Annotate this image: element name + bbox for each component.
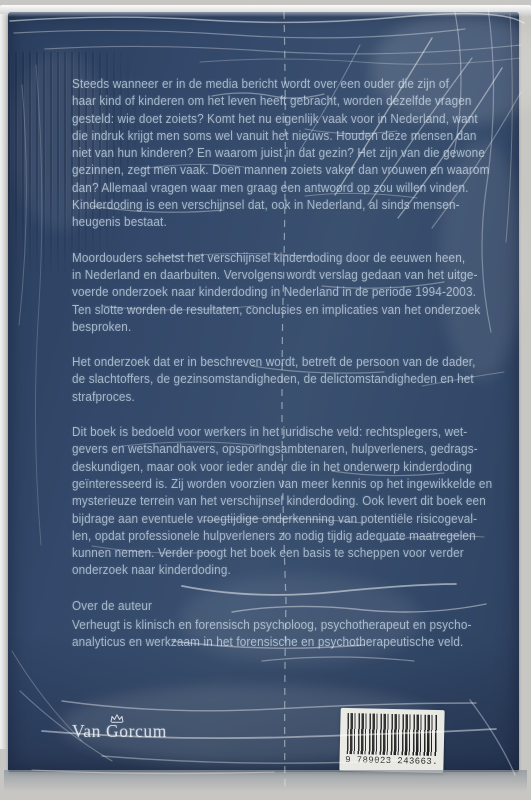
blurb-paragraph-2: Moordouders schetst het verschijnsel kin… (72, 250, 500, 336)
shrinkwrap-left-edge (0, 14, 7, 749)
barcode-label: 9 789023 243663. (339, 708, 444, 773)
blurb-paragraph-3: Het onderzoek dat er in beschreven wordt… (72, 354, 500, 406)
blurb-paragraph-4: Dit boek is bedoeld voor werkers in het … (72, 424, 500, 580)
book-back-cover-photo: Steeds wanneer er in de media bericht wo… (0, 0, 531, 800)
about-author-heading: Over de auteur (72, 598, 500, 615)
publisher-logo: Van Gorcum (72, 712, 212, 748)
about-author-text: Verheugt is klinisch en forensisch psych… (72, 617, 500, 652)
isbn-number: 9 789023 243663. (339, 755, 443, 767)
book-back-cover: Steeds wanneer er in de media bericht wo… (8, 12, 519, 772)
blurb-paragraph-1: Steeds wanneer er in de media bericht wo… (72, 76, 500, 232)
shrinkwrap-bottom-edge (4, 770, 527, 792)
blurb-text-block: Steeds wanneer er in de media bericht wo… (72, 76, 500, 652)
publisher-name: Van Gorcum (72, 721, 167, 742)
barcode-icon (347, 713, 438, 756)
shrinkwrap-top-edge (0, 5, 531, 17)
